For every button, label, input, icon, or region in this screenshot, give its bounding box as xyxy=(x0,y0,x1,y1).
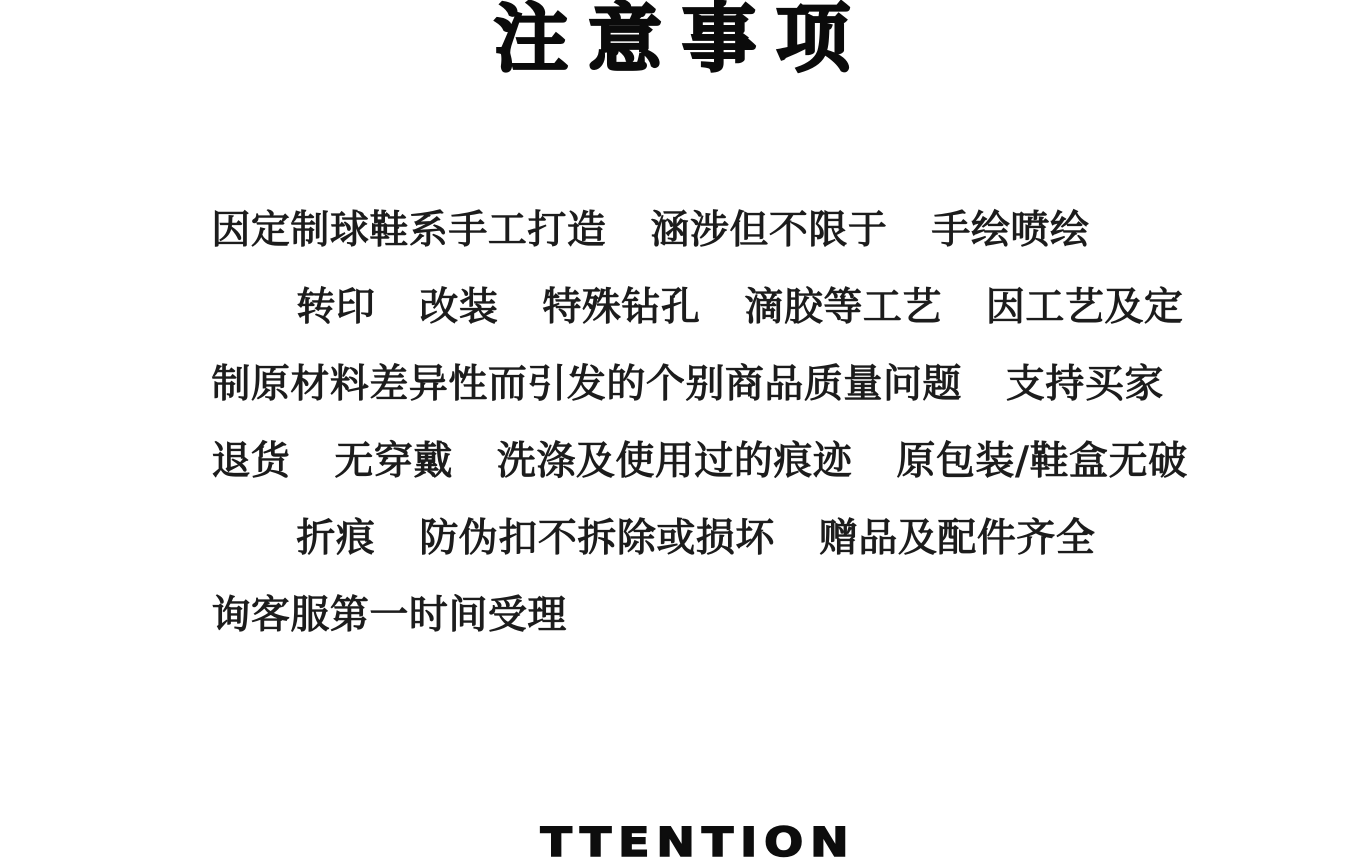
notice-text: 询客服第一时间受理 xyxy=(211,593,567,638)
page-title: 注意事项 xyxy=(0,0,1350,84)
notice-text: 赠品及配件齐全 xyxy=(819,516,1096,561)
notice-line-6: 询客服第一时间受理 xyxy=(155,541,567,691)
footer-wordmark: TTENTION xyxy=(0,818,1350,864)
